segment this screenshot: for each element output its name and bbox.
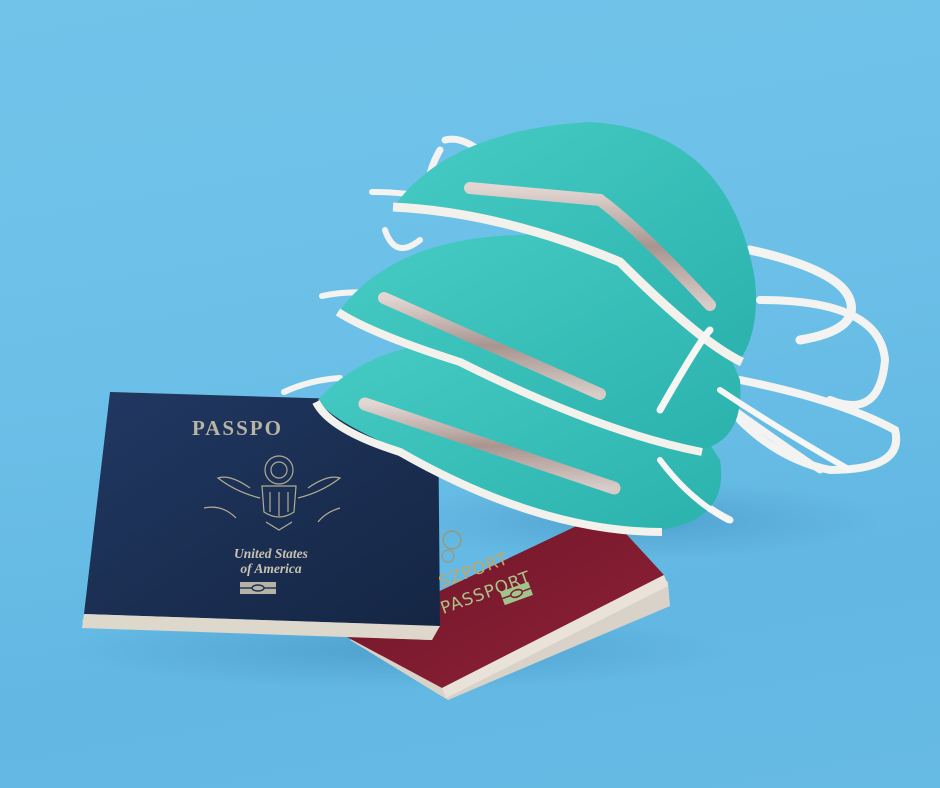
photo-scene: PASSPO United States of America SZPORT P… xyxy=(0,0,940,788)
biometric-chip-icon xyxy=(240,582,276,594)
scene-illustration xyxy=(0,0,940,788)
